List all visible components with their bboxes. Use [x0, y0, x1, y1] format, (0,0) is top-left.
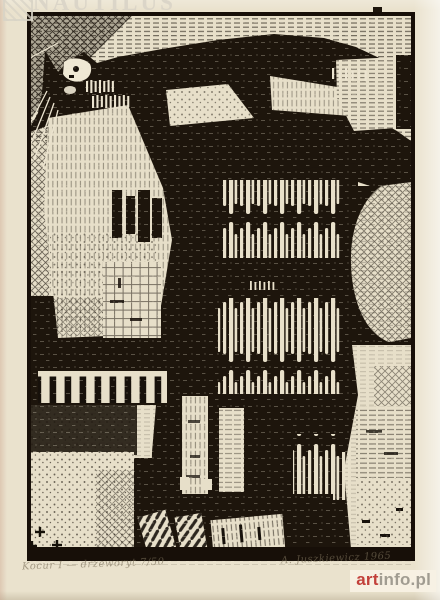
woodcut-print	[0, 0, 440, 600]
grain-overlay	[27, 12, 415, 561]
artinfo-watermark-prefix: art	[356, 570, 378, 589]
artinfo-watermark-suffix: info.pl	[379, 570, 431, 589]
artwork-photo: NAUTILUS Kocur I — drzeworyt 7/50 A. Jus…	[0, 0, 440, 600]
artinfo-watermark: artinfo.pl	[350, 570, 436, 592]
